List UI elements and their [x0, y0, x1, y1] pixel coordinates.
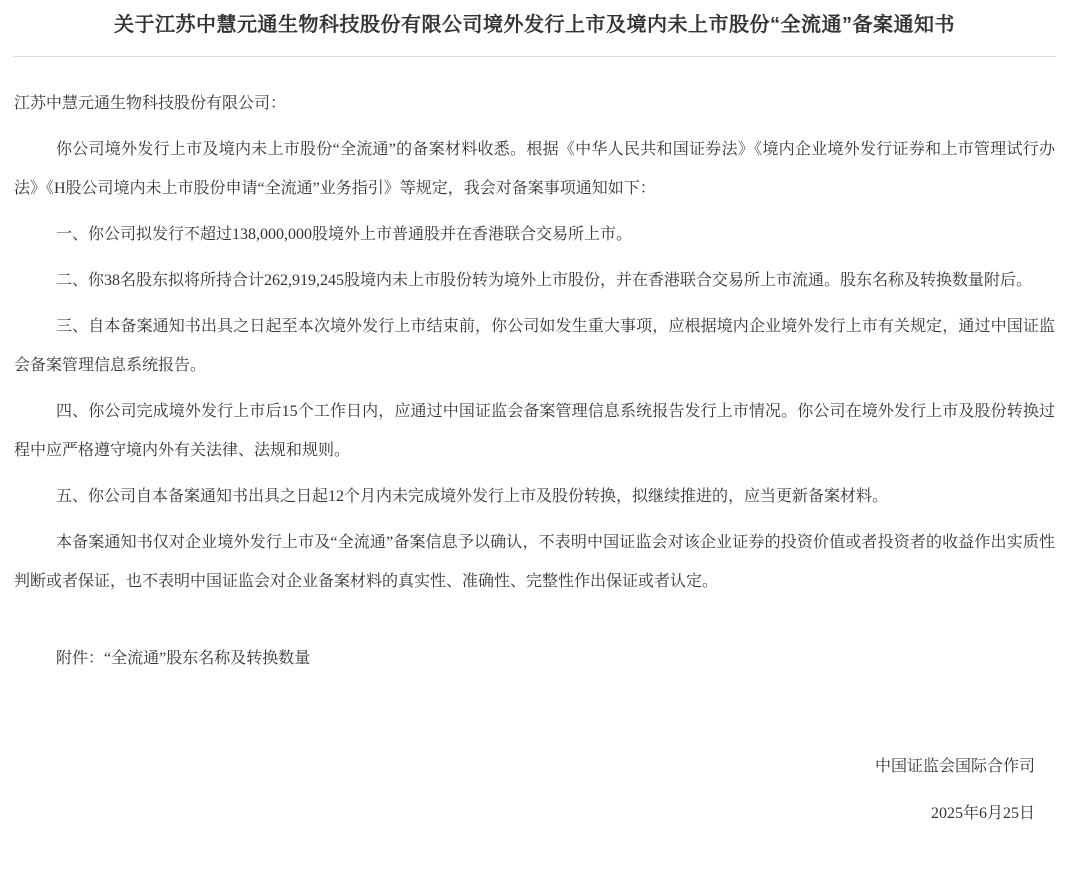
notice-document: 关于江苏中慧元通生物科技股份有限公司境外发行上市及境内未上市股份“全流通”备案通… [0, 0, 1069, 870]
attachment-line: 附件：“全流通”股东名称及转换数量 [14, 639, 1055, 678]
addressee-line: 江苏中慧元通生物科技股份有限公司： [14, 84, 1055, 123]
paragraph-intro: 你公司境外发行上市及境内未上市股份“全流通”的备案材料收悉。根据《中华人民共和国… [14, 130, 1055, 208]
paragraph-disclaimer: 本备案通知书仅对企业境外发行上市及“全流通”备案信息予以确认，不表明中国证监会对… [14, 523, 1055, 601]
issuing-department: 中国证监会国际合作司 [14, 747, 1035, 786]
issue-date: 2025年6月25日 [14, 794, 1035, 833]
paragraph-item-4: 四、你公司完成境外发行上市后15个工作日内，应通过中国证监会备案管理信息系统报告… [14, 392, 1055, 470]
signature-block: 中国证监会国际合作司 2025年6月25日 [14, 747, 1055, 833]
paragraph-item-3: 三、自本备案通知书出具之日起至本次境外发行上市结束前，你公司如发生重大事项，应根… [14, 307, 1055, 385]
title-divider [13, 56, 1056, 57]
paragraph-item-5: 五、你公司自本备案通知书出具之日起12个月内未完成境外发行上市及股份转换，拟继续… [14, 477, 1055, 516]
paragraph-item-1: 一、你公司拟发行不超过138,000,000股境外上市普通股并在香港联合交易所上… [14, 215, 1055, 254]
document-body: 江苏中慧元通生物科技股份有限公司： 你公司境外发行上市及境内未上市股份“全流通”… [0, 84, 1069, 833]
document-title: 关于江苏中慧元通生物科技股份有限公司境外发行上市及境内未上市股份“全流通”备案通… [0, 0, 1069, 38]
paragraph-item-2: 二、你38名股东拟将所持合计262,919,245股境内未上市股份转为境外上市股… [14, 261, 1055, 300]
